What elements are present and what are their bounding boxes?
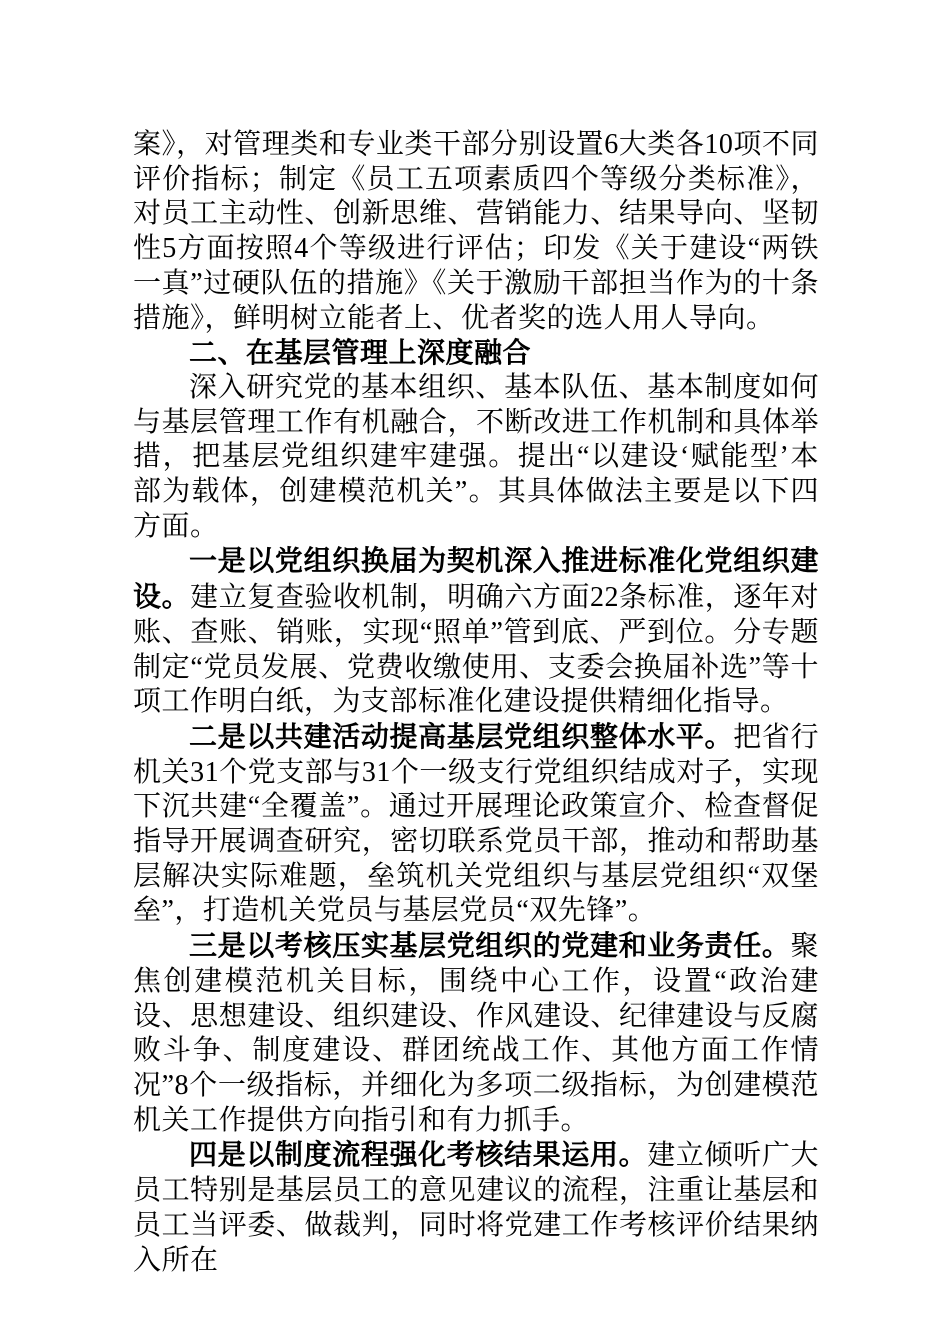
paragraph-lead-bold: 三是以考核压实基层党组织的党建和业务责任。 xyxy=(189,930,790,961)
section-heading-text: 二、在基层管理上深度融合 xyxy=(189,337,531,368)
paragraph: 三是以考核压实基层党组织的党建和业务责任。聚焦创建模范机关目标，围绕中心工作，设… xyxy=(133,929,819,1138)
paragraph-text: 案》，对管理类和专业类干部分别设置6大类各10项不同评价指标；制定《员工五项素质… xyxy=(133,129,819,334)
section-heading: 二、在基层管理上深度融合 xyxy=(133,336,819,371)
paragraph-text: 深入研究党的基本组织、基本队伍、基本制度如何与基层管理工作有机融合，不断改进工作… xyxy=(133,372,819,542)
paragraph: 四是以制度流程强化考核结果运用。建立倾听广大员工特别是基层员工的意见建议的流程，… xyxy=(133,1138,819,1278)
paragraph-continuation: 案》，对管理类和专业类干部分别设置6大类各10项不同评价指标；制定《员工五项素质… xyxy=(133,128,819,336)
paragraph-lead-bold: 二是以共建活动提高基层党组织整体水平。 xyxy=(189,721,733,752)
paragraph-text: 聚焦创建模范机关目标，围绕中心工作，设置“政治建设、思想建设、组织建设、作风建设… xyxy=(133,931,819,1136)
document-content: 案》，对管理类和专业类干部分别设置6大类各10项不同评价指标；制定《员工五项素质… xyxy=(133,128,819,1278)
document-page: 案》，对管理类和专业类干部分别设置6大类各10项不同评价指标；制定《员工五项素质… xyxy=(0,0,950,1344)
paragraph-text: 把省行机关31个党支部与31个一级支行党组织结成对子，实现下沉共建“全覆盖”。通… xyxy=(133,722,819,927)
paragraph: 深入研究党的基本组织、基本队伍、基本制度如何与基层管理工作有机融合，不断改进工作… xyxy=(133,371,819,545)
paragraph-text: 建立复查验收机制，明确六方面22条标准，逐年对账、查账、销账，实现“照单”管到底… xyxy=(133,582,819,717)
paragraph: 二是以共建活动提高基层党组织整体水平。把省行机关31个党支部与31个一级支行党组… xyxy=(133,720,819,929)
paragraph-lead-bold: 四是以制度流程强化考核结果运用。 xyxy=(189,1139,647,1170)
paragraph: 一是以党组织换届为契机深入推进标准化党组织建设。建立复查验收机制，明确六方面22… xyxy=(133,544,819,720)
